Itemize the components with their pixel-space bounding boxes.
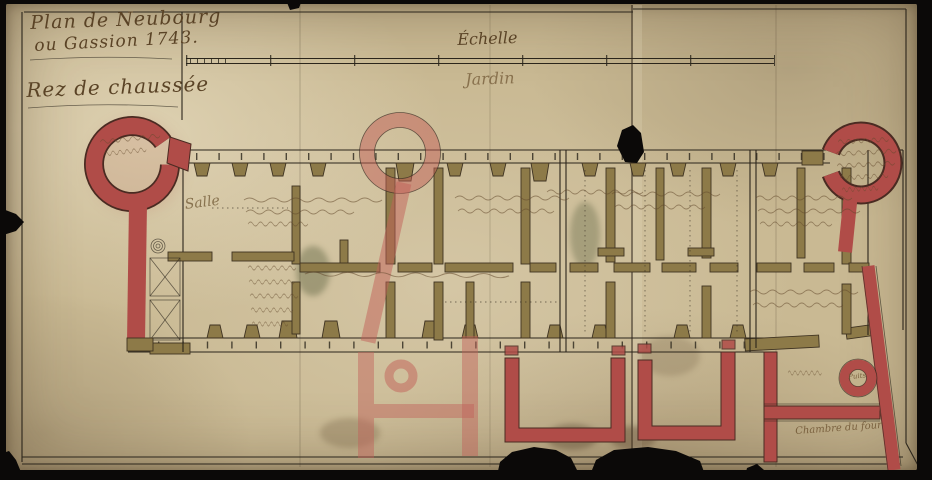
courtyard-pavilion-right <box>638 340 735 440</box>
stair-ladder-icon <box>150 258 180 340</box>
scanned-floor-plan-photo: Plan de Neubourg ou Gassion 1743. Rez de… <box>0 0 932 480</box>
hall-label: Salle <box>184 194 221 212</box>
garden-label: Jardin <box>465 70 515 88</box>
courtyard-pavilion-left <box>505 346 625 442</box>
middle-lower-gallery <box>358 336 478 458</box>
right-annex-walls <box>764 266 901 470</box>
courtyard-facade-wall <box>128 338 764 352</box>
scale-bar <box>186 59 775 64</box>
middle-round-tower <box>360 113 441 343</box>
garden-facade-wall <box>183 150 903 163</box>
title-line-3: Rez de chaussée <box>26 74 209 100</box>
left-round-tower <box>94 126 191 351</box>
right-round-tower <box>831 131 893 252</box>
photo-edge-right <box>917 0 932 480</box>
photo-edge-top <box>0 0 932 4</box>
photo-edge-bottom <box>0 470 932 480</box>
garden-facade-buttresses <box>194 151 823 181</box>
small-round-turret <box>389 364 413 388</box>
scale-label: Échelle <box>457 30 518 48</box>
spiral-stair-icon <box>151 239 165 253</box>
photo-edge-left <box>0 0 6 480</box>
